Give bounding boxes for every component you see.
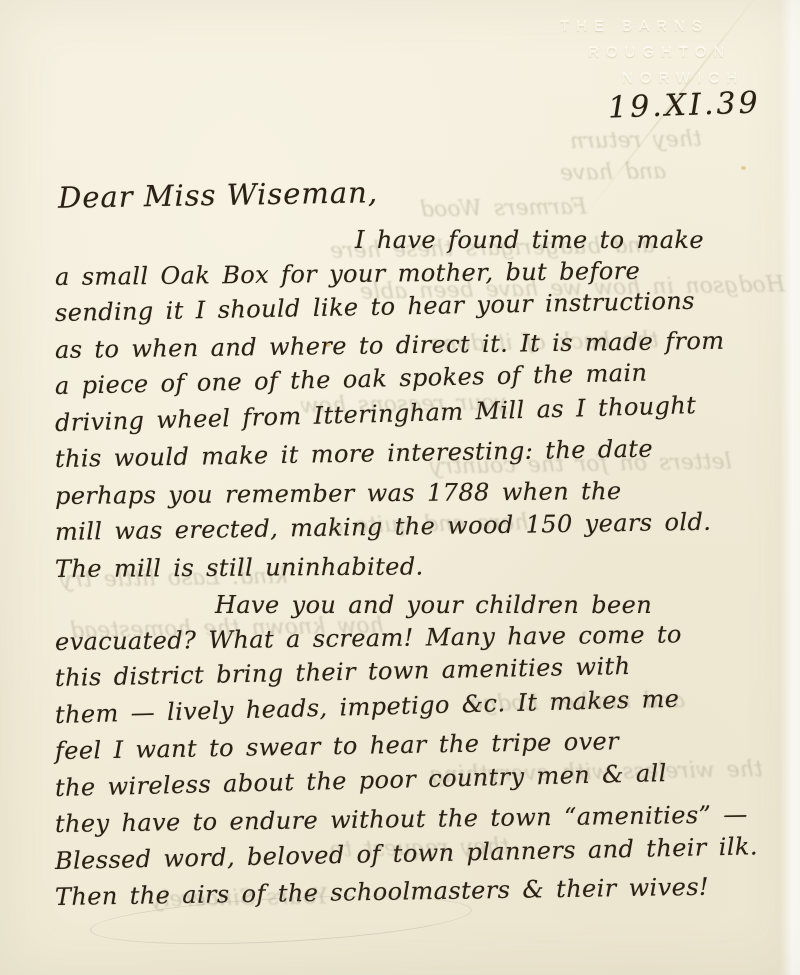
letter-scan: THE BARNS ROUGHTON NORWICH they return a… — [0, 0, 800, 975]
letter-line: The mill is still uninhabited. — [55, 546, 770, 587]
embossed-letterhead: THE BARNS ROUGHTON NORWICH — [560, 14, 790, 92]
ghost-line: Farmers Wood — [420, 195, 587, 223]
letterhead-line-2: ROUGHTON — [588, 40, 790, 66]
letter-date: 19.XI.39 — [607, 85, 761, 125]
paper-speck — [741, 166, 746, 170]
paper-speck — [326, 343, 330, 347]
letter-body: I have found time to make a small Oak Bo… — [55, 222, 770, 916]
salutation: Dear Miss Wiseman, — [58, 175, 379, 215]
letterhead-line-1: THE BARNS — [560, 14, 790, 40]
ghost-line: and have — [560, 159, 667, 186]
